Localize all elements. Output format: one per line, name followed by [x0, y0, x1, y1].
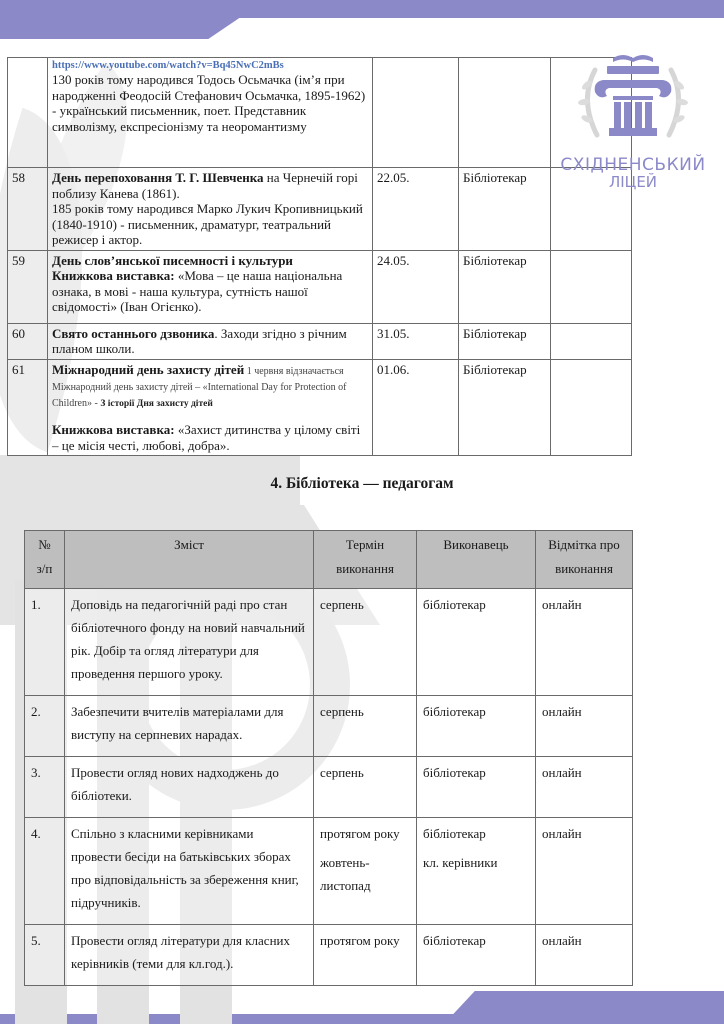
- row-performer: бібліотекар: [417, 696, 536, 757]
- table-row: 60 Свято останнього дзвоника. Заходи згі…: [8, 323, 632, 359]
- row-performer: бібліотекар: [417, 925, 536, 986]
- column-with-book-and-laurel-icon: [573, 40, 693, 160]
- term-primary: протягом року: [320, 826, 400, 841]
- table-row: 2. Забезпечити вчителів матеріалами для …: [25, 696, 633, 757]
- row-number: 58: [8, 168, 48, 251]
- table-header-row: №з/п Зміст Термінвиконання Виконавець Ві…: [25, 531, 633, 589]
- header-term: Термінвиконання: [314, 531, 417, 589]
- event-note: [551, 359, 632, 456]
- table-row: 5. Провести огляд літератури для класних…: [25, 925, 633, 986]
- row-term: серпень: [314, 696, 417, 757]
- event-subtitle: Книжкова виставка:: [52, 268, 175, 283]
- header-content: Зміст: [65, 531, 314, 589]
- table-row: 1. Доповідь на педагогічній раді про ста…: [25, 589, 633, 696]
- row-number: 2.: [25, 696, 65, 757]
- event-date: 31.05.: [373, 323, 459, 359]
- event-performer: Бібліотекар: [459, 359, 551, 456]
- event-title: Міжнародний день захисту дітей: [52, 362, 244, 377]
- row-note: онлайн: [536, 818, 633, 925]
- event-performer: Бібліотекар: [459, 250, 551, 323]
- event-small-bold: З історії Дня захисту дітей: [100, 399, 212, 409]
- row-note: онлайн: [536, 696, 633, 757]
- event-date: [373, 58, 459, 168]
- table-row: https://www.youtube.com/watch?v=Bq45NwC2…: [8, 58, 632, 168]
- event-note: [551, 323, 632, 359]
- row-performer: бібліотекар: [417, 589, 536, 696]
- event-title: День перепоховання Т. Г. Шевченка: [52, 170, 264, 185]
- table-row: 4. Спільно з класними керівниками провес…: [25, 818, 633, 925]
- header-note: Відмітка провиконання: [536, 531, 633, 589]
- event-date: 24.05.: [373, 250, 459, 323]
- event-title: Свято останнього дзвоника: [52, 326, 214, 341]
- row-number: 59: [8, 250, 48, 323]
- event-content: https://www.youtube.com/watch?v=Bq45NwC2…: [48, 58, 373, 168]
- row-term: протягом року: [314, 925, 417, 986]
- row-term: серпень: [314, 589, 417, 696]
- row-number: 60: [8, 323, 48, 359]
- row-number: [8, 58, 48, 168]
- event-subtitle: Книжкова виставка:: [52, 422, 175, 437]
- header-number: №з/п: [25, 531, 65, 589]
- term-secondary: жовтень-листопад: [320, 851, 390, 897]
- row-number: 3.: [25, 757, 65, 818]
- table-row: 59 День слов’янської писемності і культу…: [8, 250, 632, 323]
- table-row: 3. Провести огляд нових надходжень до бі…: [25, 757, 633, 818]
- event-performer: Бібліотекар: [459, 168, 551, 251]
- row-number: 1.: [25, 589, 65, 696]
- event-note: [551, 250, 632, 323]
- row-number: 4.: [25, 818, 65, 925]
- event-date: 01.06.: [373, 359, 459, 456]
- event-text: 130 років тому народився Тодось Осьмачка…: [52, 72, 365, 134]
- row-term: серпень: [314, 757, 417, 818]
- row-note: онлайн: [536, 925, 633, 986]
- row-performer: бібліотекар: [417, 757, 536, 818]
- event-title: День слов’янської писемності і культури: [52, 253, 293, 268]
- row-content: Забезпечити вчителів матеріалами для вис…: [65, 696, 314, 757]
- logo-text-line2: ЛІЦЕЙ: [558, 174, 708, 191]
- row-number: 61: [8, 359, 48, 456]
- row-note: онлайн: [536, 589, 633, 696]
- event-content: Міжнародний день захисту дітей 1 червня …: [48, 359, 373, 456]
- event-performer: [459, 58, 551, 168]
- row-content: Провести огляд нових надходжень до біблі…: [65, 757, 314, 818]
- row-performer: бібліотекар кл. керівники: [417, 818, 536, 925]
- row-content: Доповідь на педагогічній раді про стан б…: [65, 589, 314, 696]
- header-performer: Виконавець: [417, 531, 536, 589]
- event-date: 22.05.: [373, 168, 459, 251]
- logo-text-line1: СХІДНЕНСЬКИЙ: [558, 156, 708, 174]
- bottom-accent-tab: [444, 991, 724, 1024]
- row-note: онлайн: [536, 757, 633, 818]
- performer-primary: бібліотекар: [423, 826, 486, 841]
- events-table: https://www.youtube.com/watch?v=Bq45NwC2…: [7, 57, 632, 456]
- row-content: Спільно з класними керівниками провести …: [65, 818, 314, 925]
- row-term: протягом року жовтень-листопад: [314, 818, 417, 925]
- table-row: 61 Міжнародний день захисту дітей 1 черв…: [8, 359, 632, 456]
- performer-secondary: кл. керівники: [423, 851, 498, 874]
- event-text: 185 років тому народився Марко Лукич Кро…: [52, 201, 363, 247]
- section-heading: 4. Бібліотека — педагогам: [0, 475, 724, 493]
- school-logo: СХІДНЕНСЬКИЙ ЛІЦЕЙ: [558, 40, 708, 200]
- table-row: 58 День перепоховання Т. Г. Шевченка на …: [8, 168, 632, 251]
- top-accent-tab: [0, 0, 248, 39]
- event-content: День слов’янської писемності і культури …: [48, 250, 373, 323]
- event-content: Свято останнього дзвоника. Заходи згідно…: [48, 323, 373, 359]
- event-performer: Бібліотекар: [459, 323, 551, 359]
- teachers-table: №з/п Зміст Термінвиконання Виконавець Ві…: [24, 530, 633, 986]
- row-content: Провести огляд літератури для класних ке…: [65, 925, 314, 986]
- youtube-link[interactable]: https://www.youtube.com/watch?v=Bq45NwC2…: [52, 60, 368, 72]
- event-content: День перепоховання Т. Г. Шевченка на Чер…: [48, 168, 373, 251]
- row-number: 5.: [25, 925, 65, 986]
